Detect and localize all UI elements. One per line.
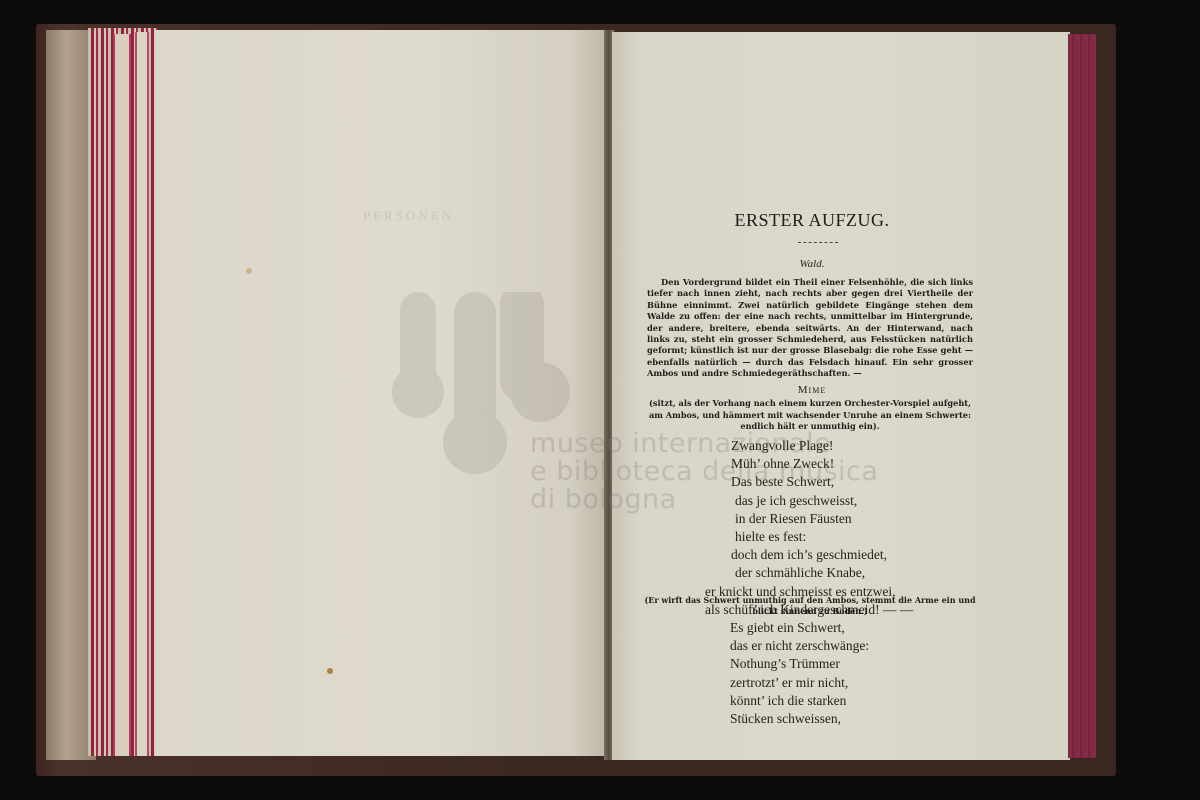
page-edge [135, 32, 149, 756]
verse-line: Nothung’s Trümmer [730, 655, 869, 673]
stage-direction-text: Den Vordergrund bildet ein Theil einer F… [647, 277, 973, 380]
verse-line: Müh’ ohne Zweck! [731, 455, 913, 473]
cover-right-edge [1096, 30, 1112, 770]
verse-line: Es giebt ein Schwert, [730, 619, 869, 637]
stage-direction: Den Vordergrund bildet ein Theil einer F… [647, 277, 973, 380]
page-edge [113, 34, 131, 756]
paper-stain [246, 268, 252, 274]
verse-block: Es giebt ein Schwert, das er nicht zersc… [730, 619, 869, 728]
verse-line: Zwangvolle Plage! [731, 437, 913, 455]
show-through-heading: PERSONEN [363, 208, 454, 224]
character-direction: (sitzt, als der Vorhang nach einem kurze… [647, 398, 973, 433]
verse-line: hielte es fest: [735, 528, 913, 546]
verse-line: Stücken schweissen, [730, 710, 869, 728]
paper-stain [327, 668, 333, 674]
verse-line: Das beste Schwert, [731, 473, 913, 491]
verse-line: das je ich geschweisst, [735, 492, 913, 510]
verse-line: könnt’ ich die starken [730, 692, 869, 710]
verse-line: in der Riesen Fäusten [735, 510, 913, 528]
verse-line: zertrotzt’ er mir nicht, [730, 674, 869, 692]
action-direction: (Er wirft das Schwert unmuthig auf den A… [640, 595, 980, 617]
character-name: Mime [612, 384, 1012, 396]
verse-line: der schmähliche Knabe, [735, 564, 913, 582]
scene-heading: Wald. [612, 258, 1012, 270]
verse-line: das er nicht zerschwänge: [730, 637, 869, 655]
ornament-rule [798, 242, 838, 245]
act-title: ERSTER AUFZUG. [612, 210, 1012, 231]
verse-block: Zwangvolle Plage! Müh’ ohne Zweck! Das b… [731, 437, 913, 619]
verse-line: doch dem ich’s geschmiedet, [731, 546, 913, 564]
left-page-edges [88, 28, 158, 756]
right-page-edges [1068, 34, 1098, 758]
